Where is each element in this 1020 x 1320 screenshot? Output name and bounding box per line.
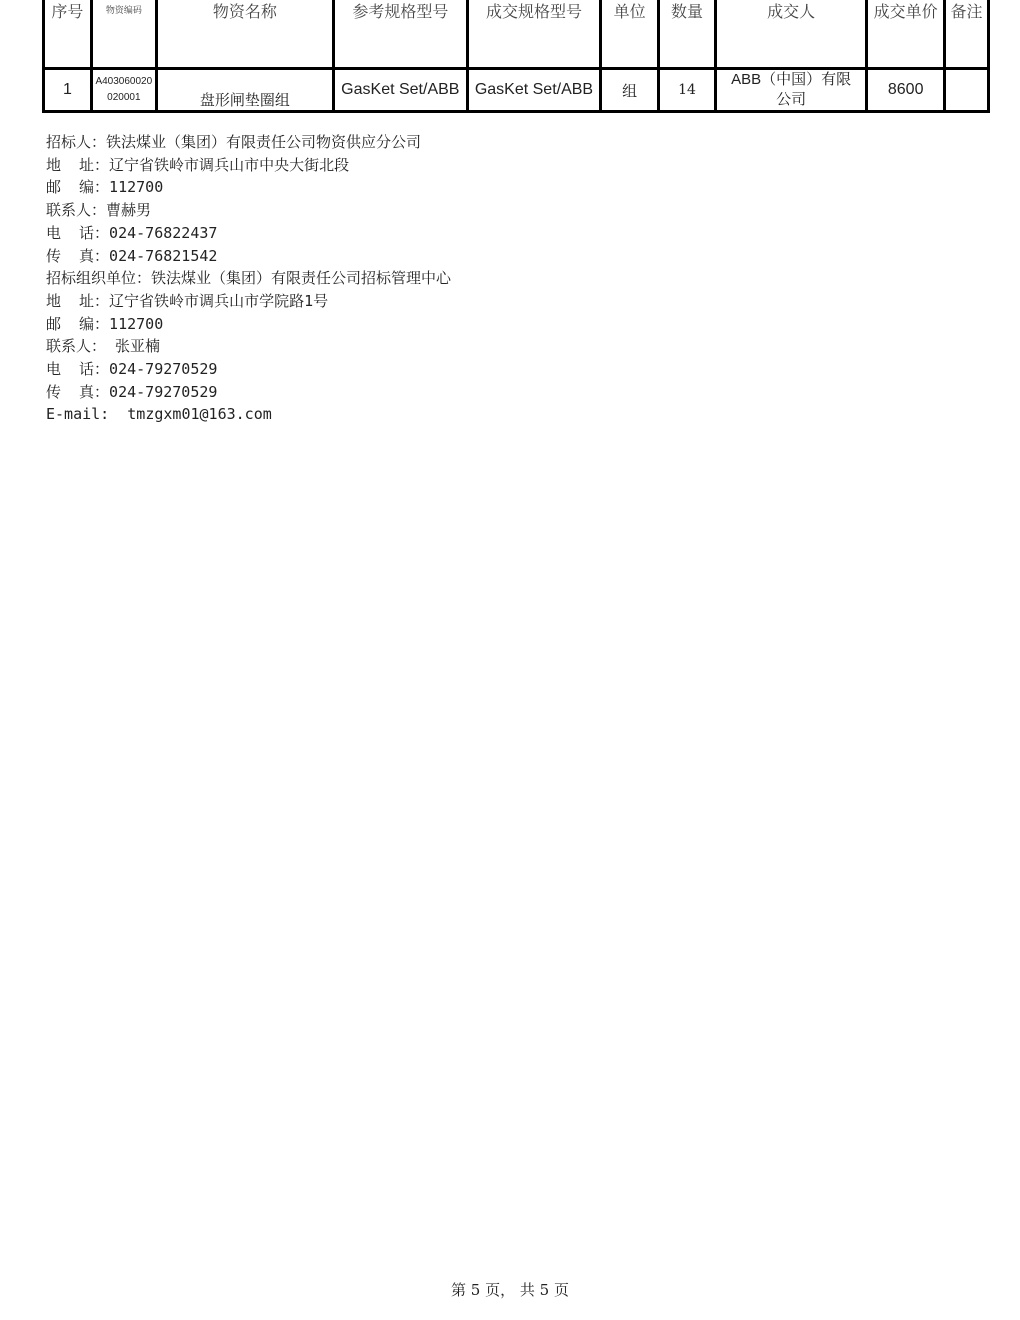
tenderer-phone: 电 话：024-76822437 xyxy=(46,222,451,245)
tenderer-section: 招标人：铁法煤业（集团）有限责任公司物资供应分公司 地 址：辽宁省铁岭市调兵山市… xyxy=(46,131,451,267)
header-deal-spec: 成交规格型号 xyxy=(467,0,601,69)
tenderer-name: 招标人：铁法煤业（集团）有限责任公司物资供应分公司 xyxy=(46,131,451,154)
table-row: 1 A403060020 020001 盘形闸垫圈组 GasKet Set/AB… xyxy=(44,69,989,112)
award-table-container: 序号 物资编码 物资名称 参考规格型号 成交规格型号 单位 数量 成交人 成交单… xyxy=(42,0,990,131)
header-supplier: 成交人 xyxy=(715,0,866,69)
header-price: 成交单价 xyxy=(867,0,945,69)
organizer-fax: 传 真：024-79270529 xyxy=(46,381,451,404)
cell-code: A403060020 020001 xyxy=(91,69,156,112)
cell-no: 1 xyxy=(44,69,92,112)
header-remark: 备注 xyxy=(945,0,989,69)
tenderer-fax: 传 真：024-76821542 xyxy=(46,245,451,268)
cell-supplier-line1: ABB（中国）有限 xyxy=(717,70,865,90)
table-header-row: 序号 物资编码 物资名称 参考规格型号 成交规格型号 单位 数量 成交人 成交单… xyxy=(44,0,989,69)
organizer-phone: 电 话：024-79270529 xyxy=(46,358,451,381)
tenderer-postcode: 邮 编：112700 xyxy=(46,176,451,199)
tenderer-address: 地 址：辽宁省铁岭市调兵山市中央大街北段 xyxy=(46,154,451,177)
contact-info: 招标人：铁法煤业（集团）有限责任公司物资供应分公司 地 址：辽宁省铁岭市调兵山市… xyxy=(46,131,451,426)
header-ref-spec: 参考规格型号 xyxy=(334,0,468,69)
award-table: 序号 物资编码 物资名称 参考规格型号 成交规格型号 单位 数量 成交人 成交单… xyxy=(42,0,990,113)
cell-code-line1: A403060020 xyxy=(93,74,155,90)
header-no: 序号 xyxy=(44,0,92,69)
cell-remark xyxy=(945,69,989,112)
cell-qty: 14 xyxy=(659,69,716,112)
header-code: 物资编码 xyxy=(91,0,156,69)
cell-unit: 组 xyxy=(601,69,659,112)
cell-name: 盘形闸垫圈组 xyxy=(156,69,333,112)
organizer-contact: 联系人： 张亚楠 xyxy=(46,335,451,358)
cell-ref-spec: GasKet Set/ABB xyxy=(334,69,468,112)
header-unit: 单位 xyxy=(601,0,659,69)
page-number: 第 5 页， 共 5 页 xyxy=(0,1279,1020,1300)
cell-code-line2: 020001 xyxy=(93,90,155,106)
header-name: 物资名称 xyxy=(156,0,333,69)
header-qty: 数量 xyxy=(659,0,716,69)
organizer-address: 地 址：辽宁省铁岭市调兵山市学院路1号 xyxy=(46,290,451,313)
cell-deal-spec: GasKet Set/ABB xyxy=(467,69,601,112)
organizer-section: 招标组织单位：铁法煤业（集团）有限责任公司招标管理中心 地 址：辽宁省铁岭市调兵… xyxy=(46,267,451,426)
cell-price: 8600 xyxy=(867,69,945,112)
organizer-email: E-mail: tmzgxm01@163.com xyxy=(46,403,451,426)
organizer-postcode: 邮 编：112700 xyxy=(46,313,451,336)
organizer-name: 招标组织单位：铁法煤业（集团）有限责任公司招标管理中心 xyxy=(46,267,451,290)
cell-supplier: ABB（中国）有限 公司 xyxy=(715,69,866,112)
cell-supplier-line2: 公司 xyxy=(717,90,865,110)
tenderer-contact: 联系人：曹赫男 xyxy=(46,199,451,222)
